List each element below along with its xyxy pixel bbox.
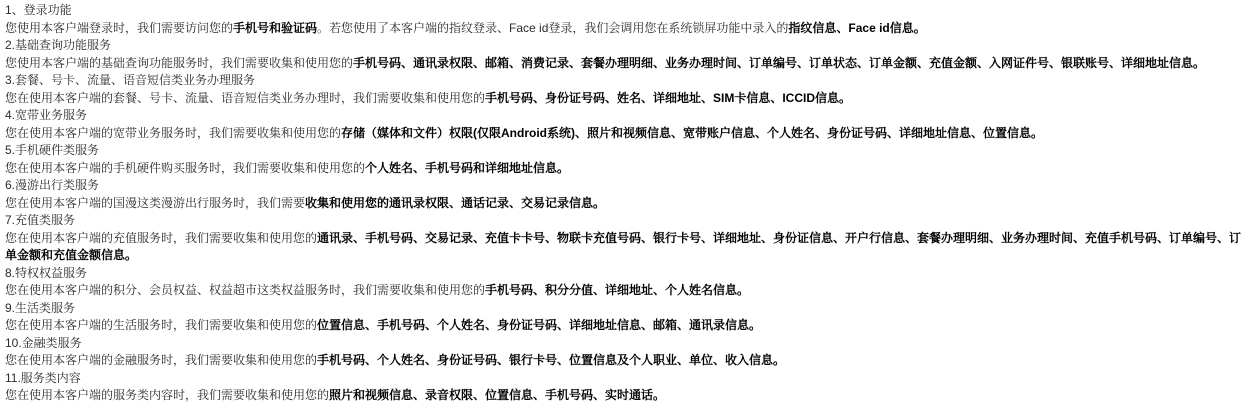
- body-segment: 您使用本客户端登录时，我们需要访问您的: [5, 21, 233, 35]
- body-segment: 手机号码、身份证号码、姓名、详细地址、SIM卡信息、ICCID信息。: [485, 91, 851, 105]
- section-privilege-benefits: 8.特权权益服务 您在使用本客户端的积分、会员权益、权益超市这类权益服务时，我们…: [5, 265, 1242, 300]
- body-segment: 照片和视频信息、录音权限、位置信息、手机号码、实时通话。: [329, 388, 665, 402]
- section-heading: 6.漫游出行类服务: [5, 177, 1242, 195]
- body-segment: 您在使用本客户端的金融服务时，我们需要收集和使用您的: [5, 353, 317, 367]
- section-plan-card-services: 3.套餐、号卡、流量、语音短信类业务办理服务 您在使用本客户端的套餐、号卡、流量…: [5, 72, 1242, 107]
- section-heading: 11.服务类内容: [5, 370, 1242, 388]
- section-heading: 9.生活类服务: [5, 300, 1242, 318]
- body-segment: 。若您使用了本客户端的指纹登录、Face id登录，我们会调用您在系统锁屏功能中…: [317, 21, 788, 35]
- section-body: 您使用本客户端登录时，我们需要访问您的手机号和验证码。若您使用了本客户端的指纹登…: [5, 20, 1242, 38]
- section-heading: 4.宽带业务服务: [5, 107, 1242, 125]
- body-segment: 您使用本客户端的基础查询功能服务时，我们需要收集和使用您的: [5, 56, 353, 70]
- section-body: 您在使用本客户端的充值服务时，我们需要收集和使用您的通讯录、手机号码、交易记录、…: [5, 230, 1242, 265]
- section-body: 您使用本客户端的基础查询功能服务时，我们需要收集和使用您的手机号码、通讯录权限、…: [5, 55, 1242, 73]
- body-segment: 存储（媒体和文件）权限(仅限Android系统)、照片和视频信息、宽带账户信息、…: [341, 126, 1043, 140]
- body-segment: 您在使用本客户端的生活服务时，我们需要收集和使用您的: [5, 318, 317, 332]
- body-segment: 您在使用本客户端的宽带业务服务时，我们需要收集和使用您的: [5, 126, 341, 140]
- body-segment: 指纹信息、Face id信息。: [788, 21, 925, 35]
- section-login: 1、登录功能 您使用本客户端登录时，我们需要访问您的手机号和验证码。若您使用了本…: [5, 2, 1242, 37]
- section-body: 您在使用本客户端的服务类内容时，我们需要收集和使用您的照片和视频信息、录音权限、…: [5, 387, 1242, 403]
- section-heading: 1、登录功能: [5, 2, 1242, 20]
- section-body: 您在使用本客户端的积分、会员权益、权益超市这类权益服务时，我们需要收集和使用您的…: [5, 282, 1242, 300]
- section-heading: 3.套餐、号卡、流量、语音短信类业务办理服务: [5, 72, 1242, 90]
- body-segment: 您在使用本客户端的手机硬件购买服务时，我们需要收集和使用您的: [5, 161, 365, 175]
- section-roaming-travel: 6.漫游出行类服务 您在使用本客户端的国漫这类漫游出行服务时，我们需要收集和使用…: [5, 177, 1242, 212]
- section-heading: 7.充值类服务: [5, 212, 1242, 230]
- section-body: 您在使用本客户端的国漫这类漫游出行服务时，我们需要收集和使用您的通讯录权限、通话…: [5, 195, 1242, 213]
- body-segment: 手机号码、个人姓名、身份证号码、银行卡号、位置信息及个人职业、单位、收入信息。: [317, 353, 785, 367]
- section-heading: 10.金融类服务: [5, 335, 1242, 353]
- section-body: 您在使用本客户端的生活服务时，我们需要收集和使用您的位置信息、手机号码、个人姓名…: [5, 317, 1242, 335]
- body-segment: 位置信息、手机号码、个人姓名、身份证号码、详细地址信息、邮箱、通讯录信息。: [317, 318, 761, 332]
- section-finance: 10.金融类服务 您在使用本客户端的金融服务时，我们需要收集和使用您的手机号码、…: [5, 335, 1242, 370]
- section-basic-query: 2.基础查询功能服务 您使用本客户端的基础查询功能服务时，我们需要收集和使用您的…: [5, 37, 1242, 72]
- body-segment: 手机号码、积分分值、详细地址、个人姓名信息。: [485, 283, 749, 297]
- body-segment: 您在使用本客户端的积分、会员权益、权益超市这类权益服务时，我们需要收集和使用您的: [5, 283, 485, 297]
- body-segment: 您在使用本客户端的充值服务时，我们需要收集和使用您的: [5, 231, 317, 245]
- section-body: 您在使用本客户端的套餐、号卡、流量、语音短信类业务办理时，我们需要收集和使用您的…: [5, 90, 1242, 108]
- body-segment: 手机号和验证码: [233, 21, 317, 35]
- body-segment: 手机号码、通讯录权限、邮箱、消费记录、套餐办理明细、业务办理时间、订单编号、订单…: [353, 56, 1205, 70]
- section-body: 您在使用本客户端的手机硬件购买服务时，我们需要收集和使用您的个人姓名、手机号码和…: [5, 160, 1242, 178]
- section-broadband: 4.宽带业务服务 您在使用本客户端的宽带业务服务时，我们需要收集和使用您的存储（…: [5, 107, 1242, 142]
- body-segment: 个人姓名、手机号码和详细地址信息。: [365, 161, 569, 175]
- body-segment: 收集和使用您的通讯录权限、通话记录、交易记录信息。: [305, 196, 605, 210]
- body-segment: 您在使用本客户端的套餐、号卡、流量、语音短信类业务办理时，我们需要收集和使用您的: [5, 91, 485, 105]
- privacy-permissions-document: 1、登录功能 您使用本客户端登录时，我们需要访问您的手机号和验证码。若您使用了本…: [0, 0, 1242, 403]
- section-body: 您在使用本客户端的金融服务时，我们需要收集和使用您的手机号码、个人姓名、身份证号…: [5, 352, 1242, 370]
- section-heading: 5.手机硬件类服务: [5, 142, 1242, 160]
- body-segment: 您在使用本客户端的服务类内容时，我们需要收集和使用您的: [5, 388, 329, 402]
- section-phone-hardware: 5.手机硬件类服务 您在使用本客户端的手机硬件购买服务时，我们需要收集和使用您的…: [5, 142, 1242, 177]
- section-heading: 2.基础查询功能服务: [5, 37, 1242, 55]
- body-segment: 您在使用本客户端的国漫这类漫游出行服务时，我们需要: [5, 196, 305, 210]
- section-body: 您在使用本客户端的宽带业务服务时，我们需要收集和使用您的存储（媒体和文件）权限(…: [5, 125, 1242, 143]
- section-heading: 8.特权权益服务: [5, 265, 1242, 283]
- section-service-content: 11.服务类内容 您在使用本客户端的服务类内容时，我们需要收集和使用您的照片和视…: [5, 370, 1242, 403]
- section-recharge: 7.充值类服务 您在使用本客户端的充值服务时，我们需要收集和使用您的通讯录、手机…: [5, 212, 1242, 265]
- section-lifestyle: 9.生活类服务 您在使用本客户端的生活服务时，我们需要收集和使用您的位置信息、手…: [5, 300, 1242, 335]
